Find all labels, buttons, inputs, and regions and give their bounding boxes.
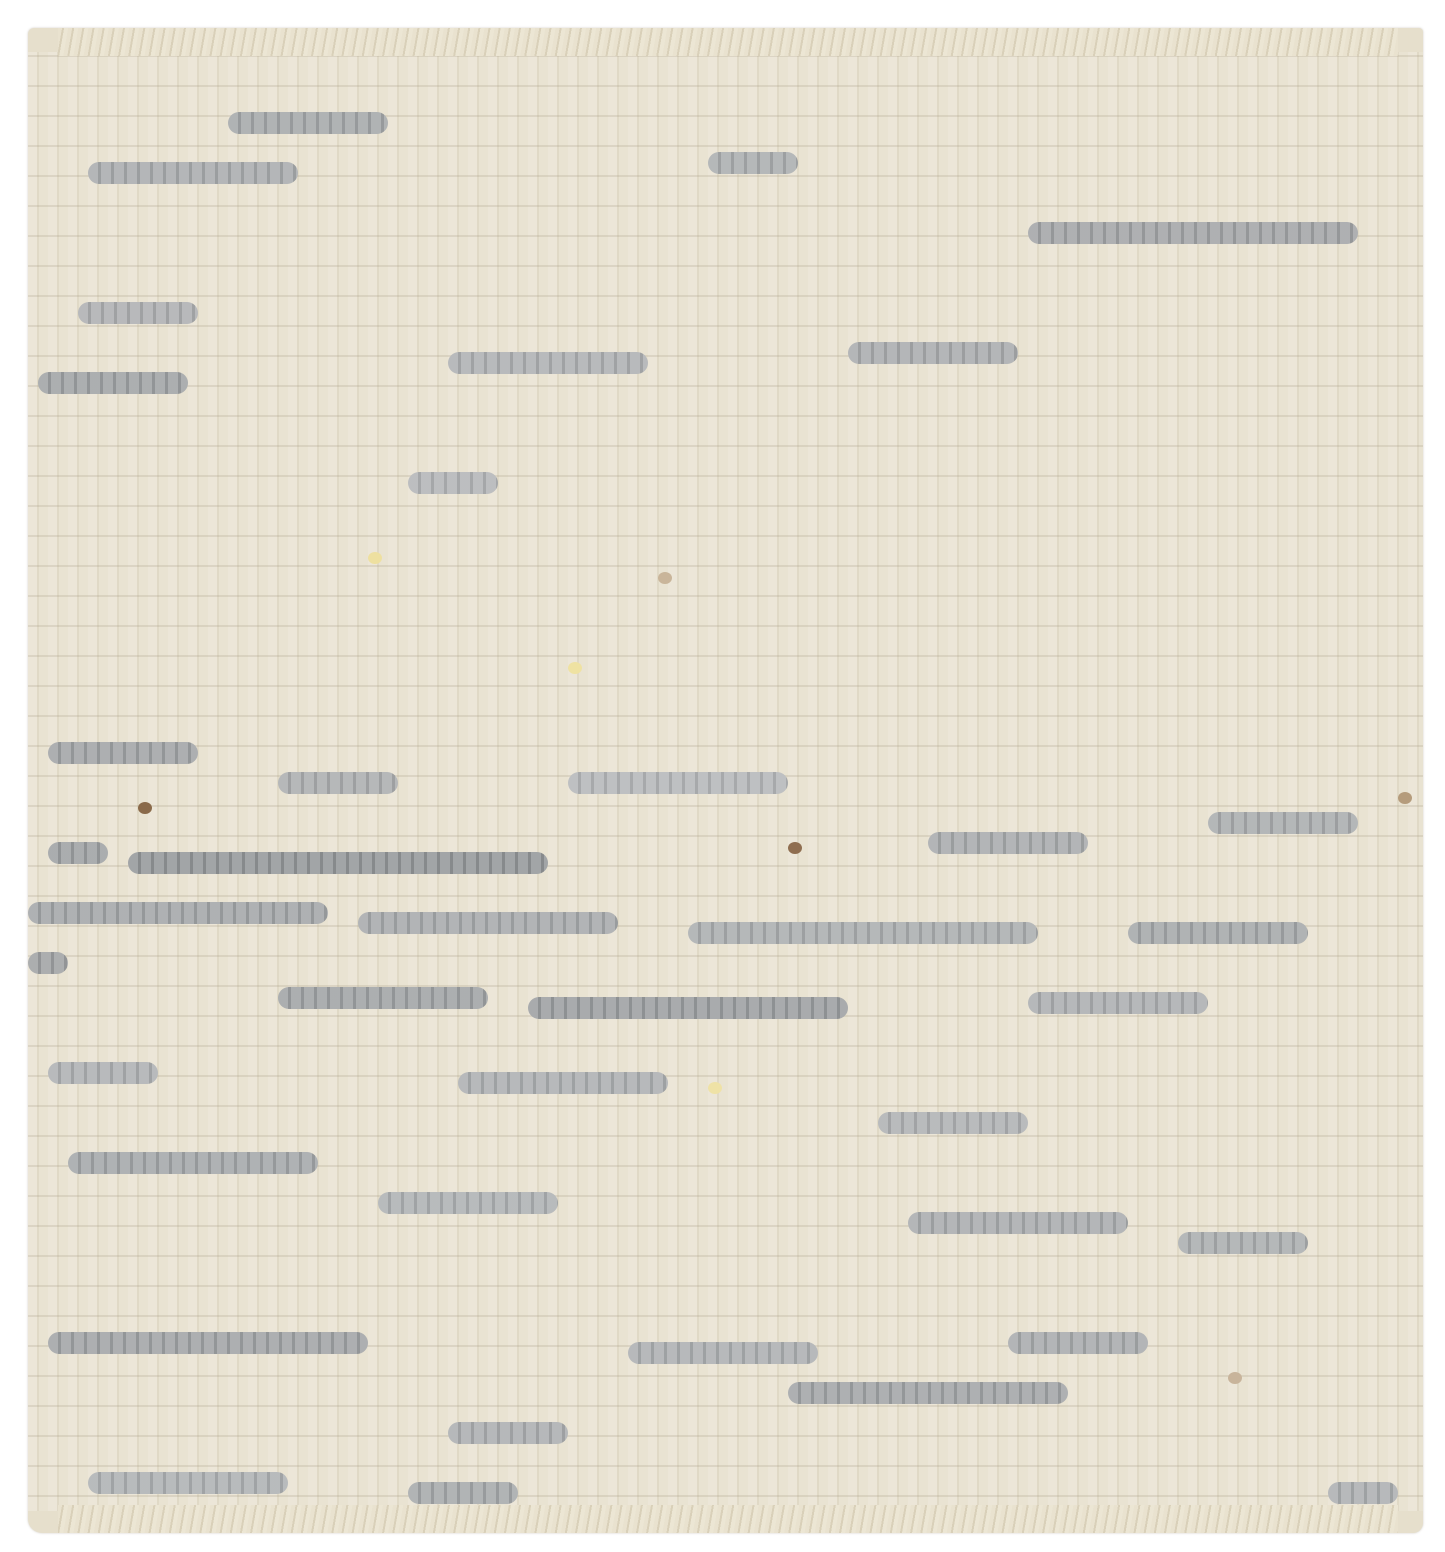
flat-woven-bottom-binding	[58, 1505, 1398, 1533]
gray-yarn-streak	[38, 372, 188, 394]
gray-yarn-streak	[1208, 812, 1358, 834]
gray-yarn-streak	[448, 352, 648, 374]
gray-yarn-streak	[908, 1212, 1128, 1234]
gray-yarn-streak	[848, 342, 1018, 364]
gray-yarn-streak	[528, 997, 848, 1019]
colored-fiber-speck	[1228, 1372, 1242, 1384]
gray-yarn-streak	[28, 902, 328, 924]
gray-yarn-streak	[1178, 1232, 1308, 1254]
gray-yarn-streak	[88, 162, 298, 184]
gray-yarn-streak	[278, 772, 398, 794]
gray-yarn-streak	[408, 1482, 518, 1504]
gray-yarn-streak	[48, 842, 108, 864]
gray-yarn-streak	[1128, 922, 1308, 944]
gray-yarn-streak	[128, 852, 548, 874]
colored-fiber-speck	[1398, 792, 1412, 804]
gray-yarn-streak	[1028, 222, 1358, 244]
chunky-weave-texture	[28, 52, 1423, 1511]
gray-yarn-streak	[408, 472, 498, 494]
gray-yarn-streak	[88, 1472, 288, 1494]
gray-yarn-streak	[378, 1192, 558, 1214]
gray-yarn-streak	[788, 1382, 1068, 1404]
wool-rug-swatch	[28, 28, 1423, 1533]
gray-yarn-streak	[228, 112, 388, 134]
gray-yarn-streak	[68, 1152, 318, 1174]
gray-yarn-streak	[628, 1342, 818, 1364]
gray-yarn-streak	[78, 302, 198, 324]
gray-yarn-streak	[568, 772, 788, 794]
flat-woven-top-binding	[58, 28, 1398, 56]
gray-yarn-streak	[1008, 1332, 1148, 1354]
gray-yarn-streak	[878, 1112, 1028, 1134]
gray-yarn-streak	[928, 832, 1088, 854]
colored-fiber-speck	[138, 802, 152, 814]
gray-yarn-streak	[28, 952, 68, 974]
gray-yarn-streak	[688, 922, 1038, 944]
gray-yarn-streak	[1328, 1482, 1398, 1504]
gray-yarn-streak	[448, 1422, 568, 1444]
gray-yarn-streak	[708, 152, 798, 174]
colored-fiber-speck	[708, 1082, 722, 1094]
gray-yarn-streak	[48, 1062, 158, 1084]
colored-fiber-speck	[658, 572, 672, 584]
gray-yarn-streak	[358, 912, 618, 934]
colored-fiber-speck	[368, 552, 382, 564]
gray-yarn-streak	[48, 1332, 368, 1354]
gray-yarn-streak	[48, 742, 198, 764]
gray-yarn-streak	[458, 1072, 668, 1094]
colored-fiber-speck	[568, 662, 582, 674]
gray-yarn-streak	[278, 987, 488, 1009]
colored-fiber-speck	[788, 842, 802, 854]
gray-yarn-streak	[1028, 992, 1208, 1014]
